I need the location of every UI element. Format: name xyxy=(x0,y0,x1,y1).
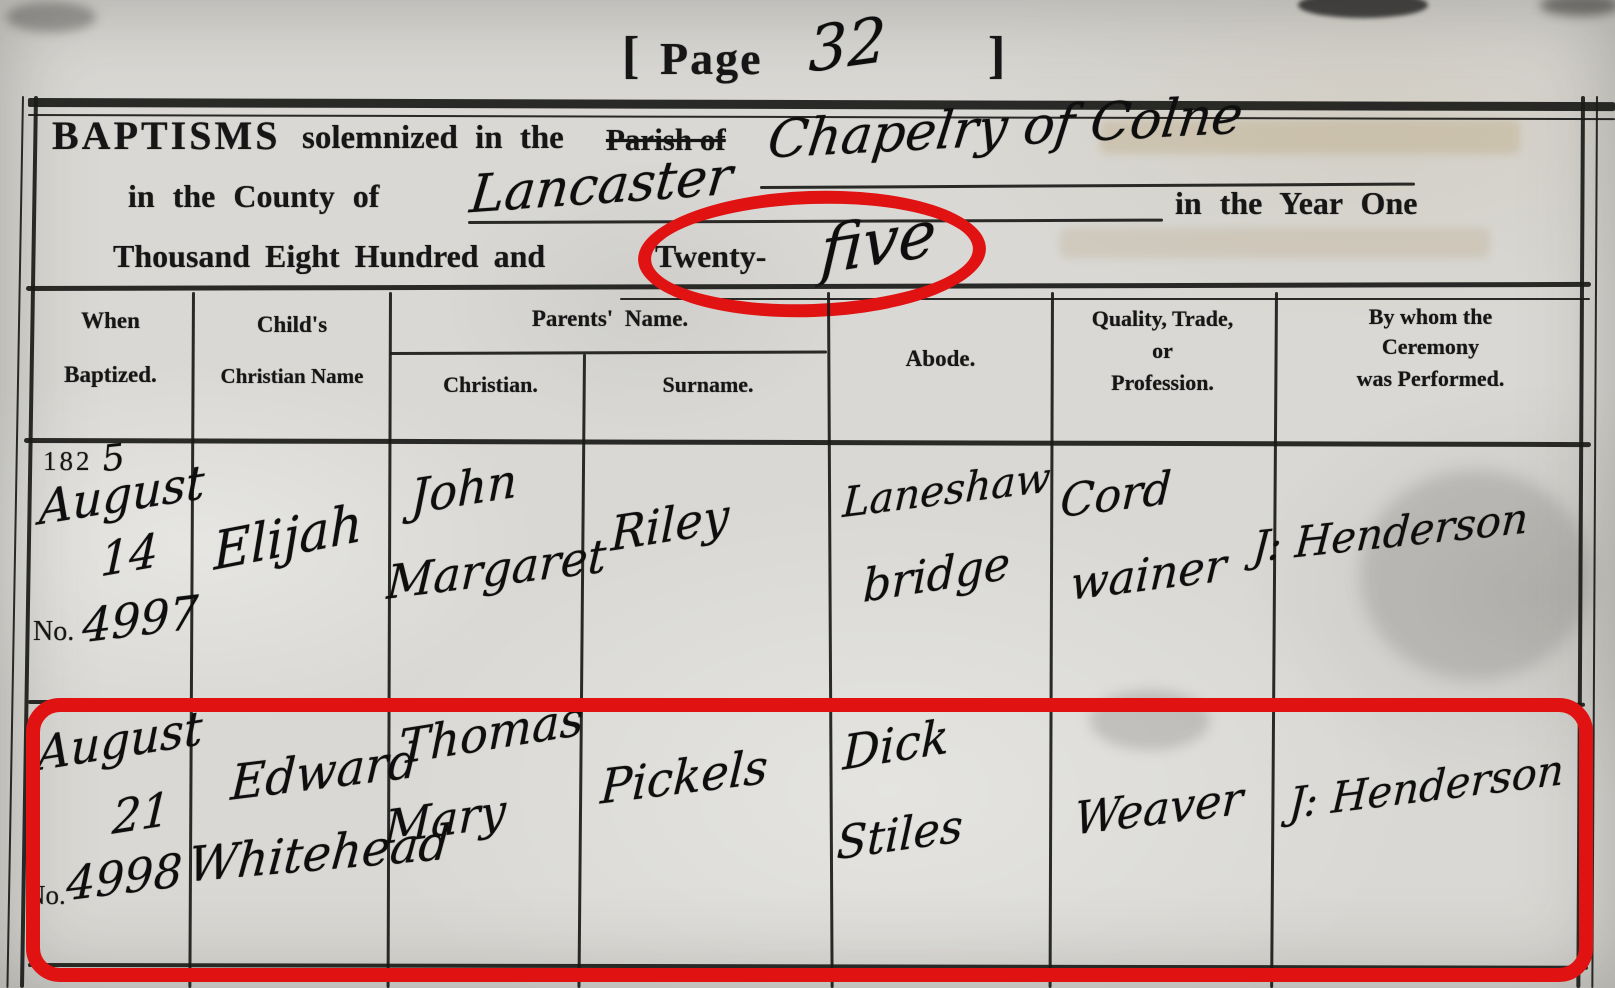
row1-parent-christian-2: Margaret xyxy=(385,528,607,610)
col-header-christian: Christian. xyxy=(398,372,583,398)
row1-trade-l2: wainer xyxy=(1069,538,1228,611)
col-header-when-l2: Baptized. xyxy=(38,362,183,388)
handwritten-chapelry-of-colne: Chapelry of Colne xyxy=(765,85,1247,170)
col-header-bywhom-l1: By whom the xyxy=(1288,304,1573,330)
title-solemnized: solemnized in the xyxy=(302,120,564,157)
stain-top-left xyxy=(6,2,96,32)
highlight-box-entry-4998 xyxy=(26,698,1593,982)
col-header-child-l1: Child's xyxy=(202,312,382,338)
title-thousand: Thousand Eight Hundred and xyxy=(113,238,545,275)
row1-abode-l2: bridge xyxy=(862,536,1010,613)
row1-abode-l1: Laneshaw xyxy=(842,453,1052,527)
page-label: Page xyxy=(660,32,763,85)
page-bracket-open: [ xyxy=(622,26,639,85)
row1-no-label: No. xyxy=(33,616,74,648)
col-header-quality-l1: Quality, Trade, xyxy=(1060,306,1265,332)
col-header-when-l1: When xyxy=(38,308,183,334)
col-header-bywhom-l3: was Performed. xyxy=(1288,366,1573,392)
row1-trade-l1: Cord xyxy=(1059,461,1173,528)
col-header-abode: Abode. xyxy=(848,346,1033,372)
stain-top-right-blob xyxy=(1298,0,1428,18)
col-header-quality-l3: Profession. xyxy=(1060,370,1265,396)
bleedthrough-text-ghost-2 xyxy=(1060,228,1490,258)
col-header-surname: Surname. xyxy=(598,372,818,398)
row1-parent-surname: Riley xyxy=(610,488,729,563)
row1-no-value: 4997 xyxy=(82,585,199,654)
row1-day: 14 xyxy=(99,522,159,587)
col-header-parents-name: Parents' Name. xyxy=(430,306,790,332)
stain-top-far-right xyxy=(1540,0,1615,16)
title-in-the-year-one: in the Year One xyxy=(1175,185,1417,222)
col-header-quality-l2: or xyxy=(1060,338,1265,364)
parents-subheader-line xyxy=(390,350,827,355)
title-baptisms: BAPTISMS xyxy=(52,112,281,159)
baptism-register-scan: [ Page 32 ] BAPTISMS solemnized in the P… xyxy=(0,0,1615,988)
page-bracket-close: ] xyxy=(988,26,1005,85)
title-county-of: in the County of xyxy=(128,178,379,215)
row1-child-name: Elijah xyxy=(213,493,363,583)
border-under-headers xyxy=(24,438,1591,447)
col-header-bywhom-l2: Ceremony xyxy=(1288,334,1573,360)
row1-parent-christian-1: John xyxy=(410,453,517,526)
page-number-handwritten: 32 xyxy=(808,2,886,87)
col-header-child-l2: Christian Name xyxy=(196,364,388,389)
